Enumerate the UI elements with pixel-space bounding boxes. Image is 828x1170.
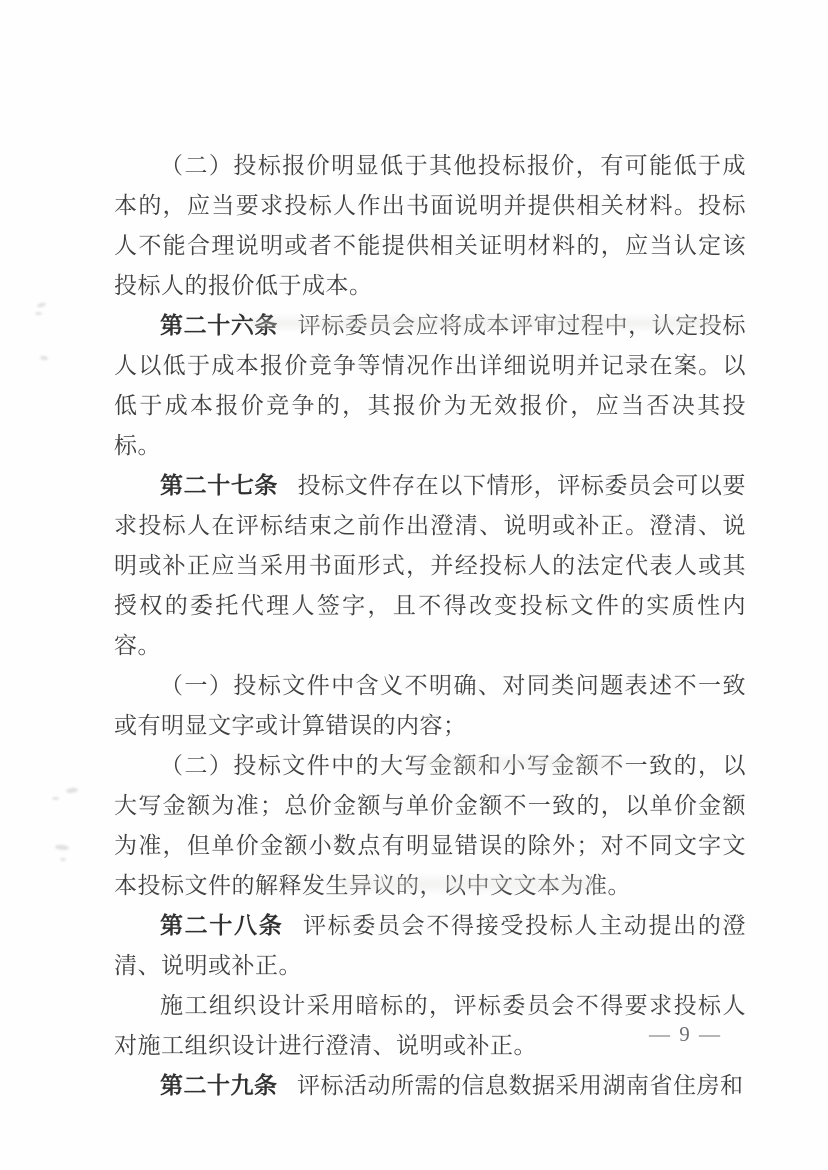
paragraph: 第二十七条投标文件存在以下情形，评标委员会可以要求投标人在评标结束之前作出澄清、…	[114, 466, 746, 666]
pencil-mark	[37, 302, 47, 308]
pencil-mark	[35, 312, 42, 315]
paragraph: 第二十六条评标委员会应将成本评审过程中，认定投标人以低于成本报价竞争等情况作出详…	[114, 306, 746, 466]
page-number: — 9 —	[649, 1022, 722, 1047]
scan-smudge	[420, 758, 620, 767]
paragraph: （二）投标报价明显低于其他投标报价，有可能低于成本的，应当要求投标人作出书面说明…	[114, 146, 746, 306]
scan-smudge	[250, 318, 720, 328]
scan-smudge	[340, 878, 600, 890]
paragraph: （一）投标文件中含义不明确、对同类问题表述不一致或有明显文字或计算错误的内容；	[114, 666, 746, 746]
article-number: 第二十八条	[160, 913, 283, 938]
pencil-mark	[40, 355, 49, 360]
document-page: （二）投标报价明显低于其他投标报价，有可能低于成本的，应当要求投标人作出书面说明…	[0, 0, 828, 1170]
paragraph: 第二十八条评标委员会不得接受投标人主动提出的澄清、说明或补正。	[114, 906, 746, 986]
pencil-mark	[66, 787, 79, 794]
pencil-mark	[52, 797, 59, 800]
article-number: 第二十七条	[160, 473, 278, 498]
paragraph: 第二十九条评标活动所需的信息数据采用湖南省住房和	[114, 1066, 746, 1106]
article-number: 第二十九条	[160, 1073, 278, 1098]
pencil-mark	[55, 844, 69, 850]
pencil-mark	[60, 858, 66, 861]
document-body: （二）投标报价明显低于其他投标报价，有可能低于成本的，应当要求投标人作出书面说明…	[114, 146, 746, 1106]
